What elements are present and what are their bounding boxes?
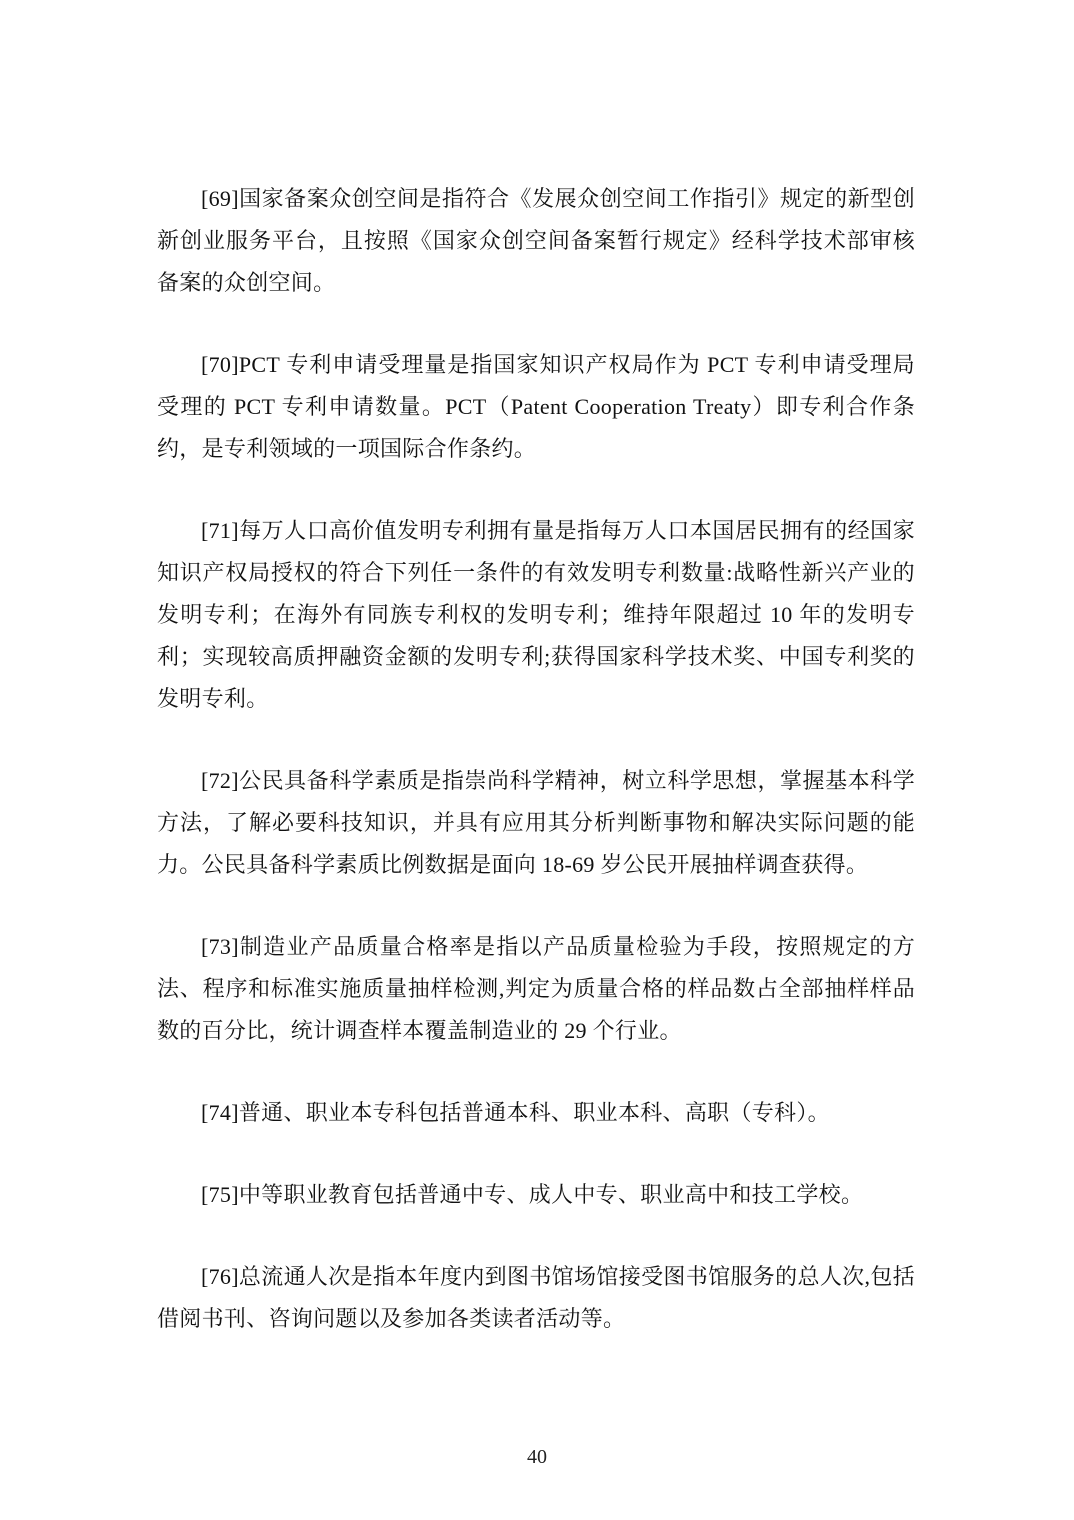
footnote-paragraph-69: [69]国家备案众创空间是指符合《发展众创空间工作指引》规定的新型创新创业服务平… — [157, 178, 915, 304]
footnote-paragraph-74: [74]普通、职业本专科包括普通本科、职业本科、高职（专科）。 — [157, 1092, 915, 1134]
footnote-paragraph-75: [75]中等职业教育包括普通中专、成人中专、职业高中和技工学校。 — [157, 1174, 915, 1216]
footnote-paragraph-73: [73]制造业产品质量合格率是指以产品质量检验为手段，按照规定的方法、程序和标准… — [157, 926, 915, 1052]
document-page: [69]国家备案众创空间是指符合《发展众创空间工作指引》规定的新型创新创业服务平… — [0, 0, 1074, 1520]
footnote-paragraph-72: [72]公民具备科学素质是指崇尚科学精神，树立科学思想，掌握基本科学方法，了解必… — [157, 760, 915, 886]
page-number: 40 — [0, 1442, 1074, 1472]
footnote-paragraph-70: [70]PCT 专利申请受理量是指国家知识产权局作为 PCT 专利申请受理局受理… — [157, 344, 915, 470]
footnote-paragraph-76: [76]总流通人次是指本年度内到图书馆场馆接受图书馆服务的总人次,包括借阅书刊、… — [157, 1256, 915, 1340]
footnotes-block: [69]国家备案众创空间是指符合《发展众创空间工作指引》规定的新型创新创业服务平… — [157, 178, 915, 1380]
footnote-paragraph-71: [71]每万人口高价值发明专利拥有量是指每万人口本国居民拥有的经国家知识产权局授… — [157, 510, 915, 720]
